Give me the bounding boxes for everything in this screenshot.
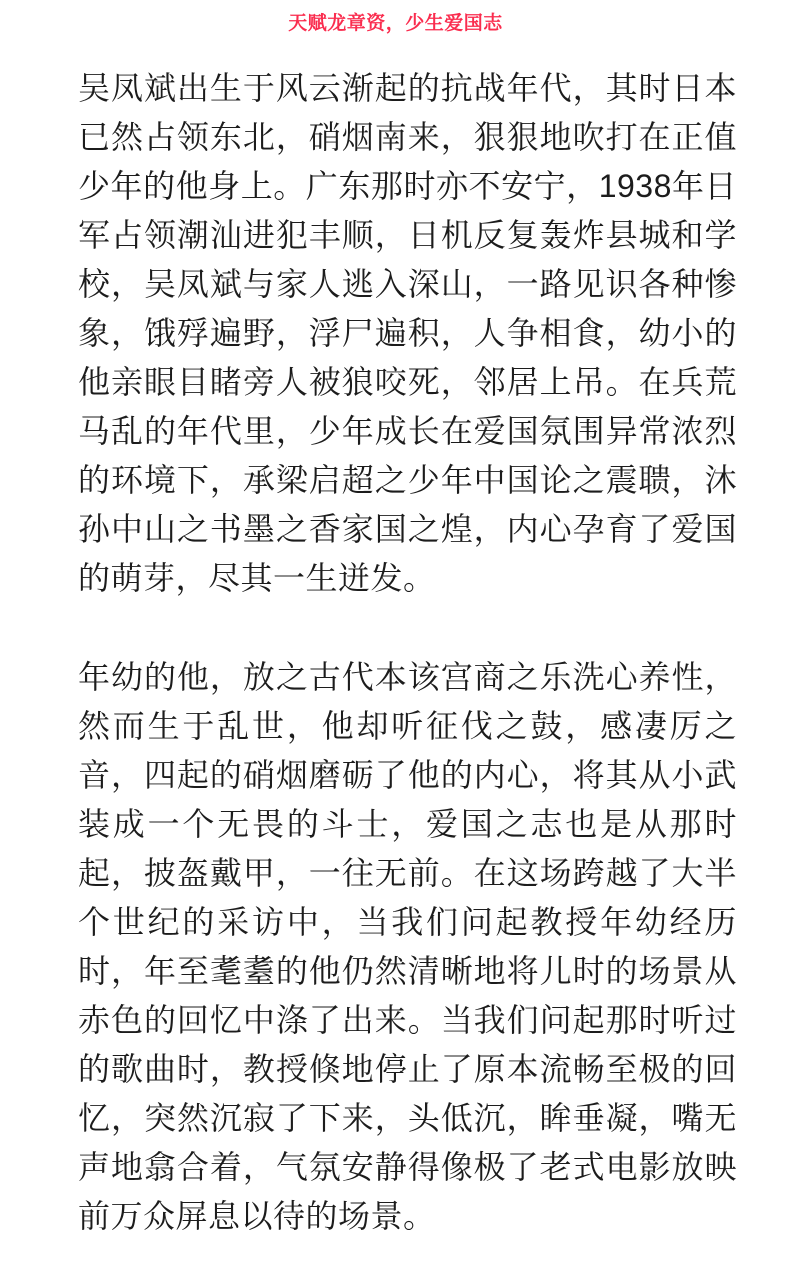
section-heading: 天赋龙章资，少生爱国志 [0, 0, 791, 36]
article-page: 天赋龙章资，少生爱国志 吴凤斌出生于风云渐起的抗战年代，其时日本已然占领东北，硝… [0, 0, 791, 1271]
article-body: 吴凤斌出生于风云渐起的抗战年代，其时日本已然占领东北，硝烟南来，狠狠地吹打在正值… [0, 36, 791, 1241]
paragraph: 年幼的他，放之古代本该宫商之乐洗心养性，然而生于乱世，他却听征伐之鼓，感凄厉之音… [78, 653, 737, 1241]
paragraph: 吴凤斌出生于风云渐起的抗战年代，其时日本已然占领东北，硝烟南来，狠狠地吹打在正值… [78, 64, 737, 603]
